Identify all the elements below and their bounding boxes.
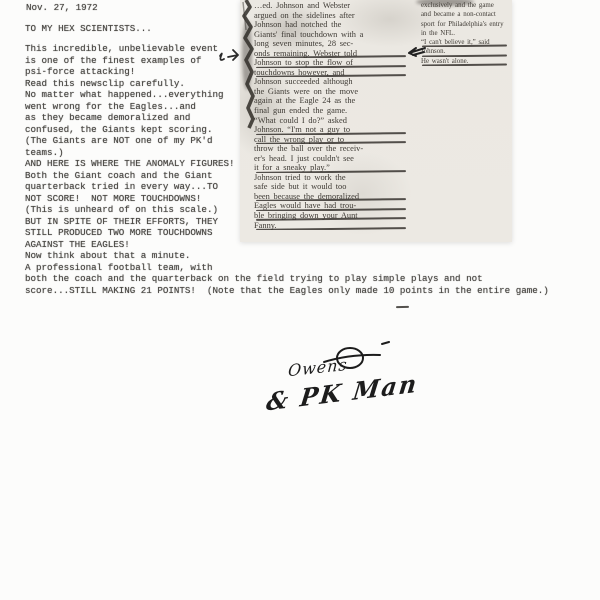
text-line: been because the demoralized [254,192,414,202]
text-line: it for a sneaky play.” [254,163,414,173]
scanned-letter-page: Nov. 27, 1972 TO MY HEX SCIENTISTS... Th… [0,0,600,600]
text-line: “What could I do?” asked [254,116,414,126]
text-line: final gun ended the game. [254,106,414,116]
text-line: and became a non-contact [421,10,511,19]
letter-date-text: Nov. 27, 1972 [26,2,98,14]
text-line: Johnson had notched the [254,20,414,30]
text-line: long seven minutes, 28 sec- [254,39,414,49]
text-line: Johnson to stop the flow of [254,58,414,68]
text-line: ble bringing down your Aunt [254,211,414,221]
text-line: Fanny. [254,221,414,231]
text-line: in the NFL. [421,29,511,38]
letter-salutation: TO MY HEX SCIENTISTS... [25,23,152,35]
signature-name: Owens [287,355,348,380]
hand-underline-mark [396,306,409,308]
text-line: Johnson. “I'm not a guy to [254,125,414,135]
letter-salutation-text: TO MY HEX SCIENTISTS... [25,23,152,35]
letter-date: Nov. 27, 1972 [26,2,98,14]
torn-edge-icon [240,0,260,130]
text-line: Giants' final touchdown with a [254,30,414,40]
text-line: He wasn't alone. [421,57,511,66]
text-line: “I can't believe it,” said [421,38,511,47]
text-line: safe side but it would too [254,182,414,192]
text-line: throw the ball over the receiv- [254,144,414,154]
newspaper-clipping: …ed. Johnson and Websterargued on the si… [240,0,512,242]
text-line: Johnson succeeded although [254,77,414,87]
text-line: call the wrong play or to [254,135,414,145]
clipping-column-1: …ed. Johnson and Websterargued on the si… [254,1,414,230]
text-line: the Giants were on the move [254,87,414,97]
hand-arrow-right-icon [216,48,242,66]
clipping-column-2: exclusively and the gameand became a non… [421,1,511,66]
text-line: onds remaining. Webster told [254,49,414,59]
text-line: sport for Philadelphia's entry [421,20,511,29]
text-line: again at the Eagle 24 as the [254,96,414,106]
text-line: er's head. I just couldn't see [254,154,414,164]
text-line: argued on the sidelines after [254,11,414,21]
text-line: touchdowns however, and [254,68,414,78]
text-line: Eagles would have had trou- [254,201,414,211]
text-line: Johnson tried to work the [254,173,414,183]
text-line: Johnson. [421,47,511,56]
hand-arrow-left-icon [405,44,427,58]
text-line: …ed. Johnson and Webster [254,1,414,11]
